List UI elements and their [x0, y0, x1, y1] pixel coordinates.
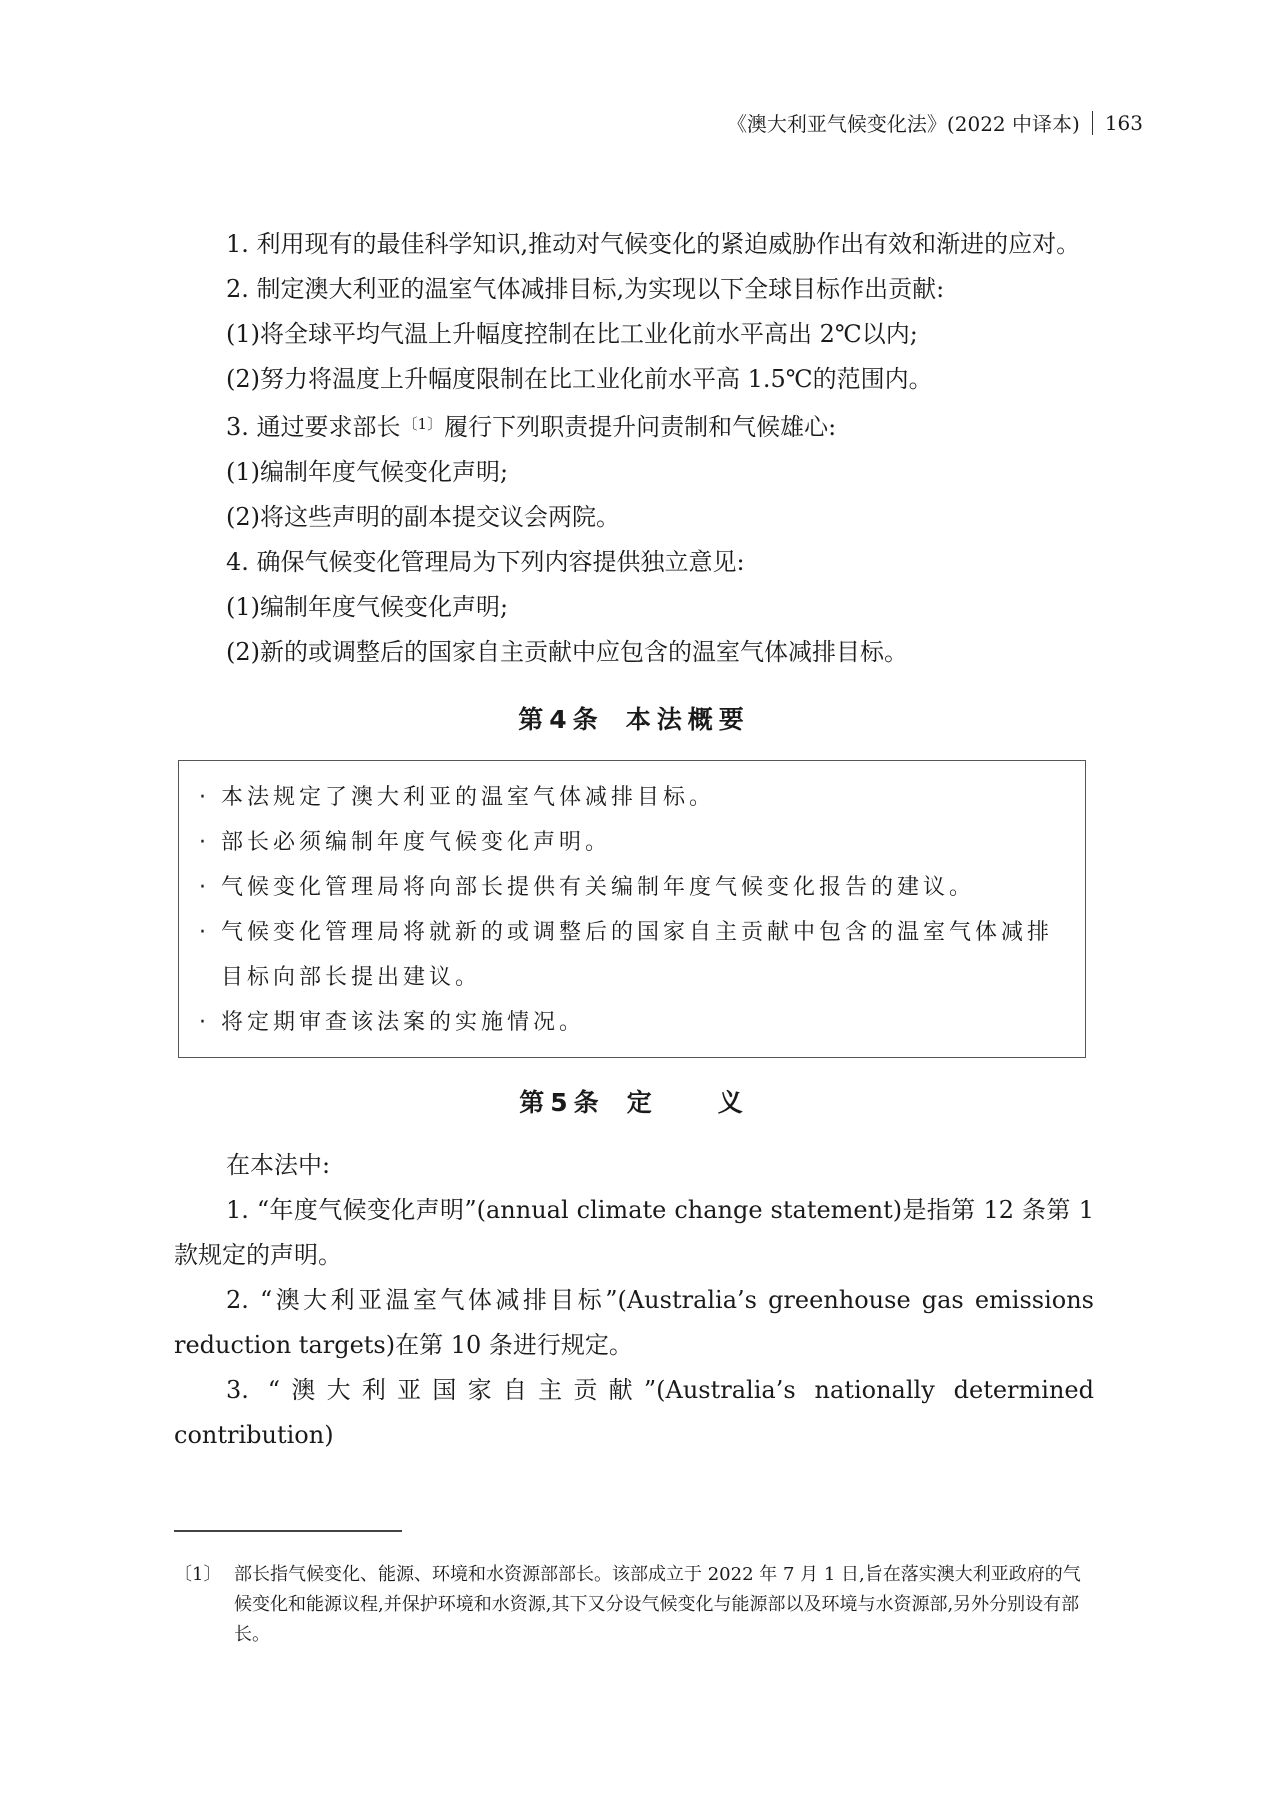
summary-bullet: ·部长必须编制年度气候变化声明。 — [199, 820, 1067, 865]
running-head: 《澳大利亚气候变化法》(2022 中译本) 163 — [727, 108, 1143, 137]
footnote-1: 〔1〕 部长指气候变化、能源、环境和水资源部部长。该部成立于 2022 年 7 … — [174, 1560, 1094, 1650]
page-number: 163 — [1105, 111, 1143, 135]
footnote-ref-1[interactable]: 〔1〕 — [403, 415, 443, 433]
purpose-item-2-sub-2: (2)努力将温度上升幅度限制在比工业化前水平高 1.5℃的范围内。 — [174, 357, 1094, 402]
bullet-dot-icon: · — [199, 820, 221, 865]
summary-bullet: ·将定期审查该法案的实施情况。 — [199, 1000, 1067, 1045]
purpose-item-2-sub-1: (1)将全球平均气温上升幅度控制在比工业化前水平高出 2℃以内; — [174, 312, 1094, 357]
purpose-item-2: 2. 制定澳大利亚的温室气体减排目标,为实现以下全球目标作出贡献: — [174, 267, 1094, 312]
footnote-divider — [174, 1530, 402, 1532]
bullet-dot-icon: · — [199, 1000, 221, 1045]
bullet-dot-icon: · — [199, 865, 221, 910]
section-4-summary-box: ·本法规定了澳大利亚的温室气体减排目标。 ·部长必须编制年度气候变化声明。 ·气… — [178, 760, 1086, 1058]
purpose-item-4-sub-1: (1)编制年度气候变化声明; — [174, 585, 1094, 630]
definition-1: 1. “年度气候变化声明”(annual climate change stat… — [174, 1188, 1094, 1278]
purpose-item-1: 1. 利用现有的最佳科学知识,推动对气候变化的紧迫威胁作出有效和渐进的应对。 — [174, 222, 1094, 267]
footnote-mark: 〔1〕 — [174, 1560, 234, 1650]
definition-2: 2. “澳大利亚温室气体减排目标”(Australia’s greenhouse… — [174, 1278, 1094, 1368]
running-head-separator — [1092, 111, 1093, 135]
section-5-heading: 第5条定义 — [174, 1080, 1094, 1125]
summary-bullet: ·气候变化管理局将就新的或调整后的国家自主贡献中包含的温室气体减排目标向部长提出… — [199, 910, 1067, 1000]
footnote-text: 部长指气候变化、能源、环境和水资源部部长。该部成立于 2022 年 7 月 1 … — [234, 1560, 1094, 1650]
definition-3: 3. “澳大利亚国家自主贡献”(Australia’s nationally d… — [174, 1368, 1094, 1458]
summary-bullet: ·本法规定了澳大利亚的温室气体减排目标。 — [199, 775, 1067, 820]
section-4-heading: 第4条本法概要 — [174, 697, 1094, 742]
definitions-lead: 在本法中: — [174, 1143, 1094, 1188]
bullet-dot-icon: · — [199, 910, 221, 1000]
purpose-item-3: 3. 通过要求部长〔1〕履行下列职责提升问责制和气候雄心: — [174, 402, 1094, 450]
purpose-item-3-sub-1: (1)编制年度气候变化声明; — [174, 450, 1094, 495]
footnotes: 〔1〕 部长指气候变化、能源、环境和水资源部部长。该部成立于 2022 年 7 … — [174, 1560, 1094, 1650]
running-head-title: 《澳大利亚气候变化法》(2022 中译本) — [727, 108, 1080, 137]
purpose-item-4-sub-2: (2)新的或调整后的国家自主贡献中应包含的温室气体减排目标。 — [174, 630, 1094, 675]
summary-bullet: ·气候变化管理局将向部长提供有关编制年度气候变化报告的建议。 — [199, 865, 1067, 910]
bullet-dot-icon: · — [199, 775, 221, 820]
page-body: 1. 利用现有的最佳科学知识,推动对气候变化的紧迫威胁作出有效和渐进的应对。 2… — [174, 222, 1094, 1458]
purpose-item-3-sub-2: (2)将这些声明的副本提交议会两院。 — [174, 495, 1094, 540]
purpose-item-4: 4. 确保气候变化管理局为下列内容提供独立意见: — [174, 540, 1094, 585]
